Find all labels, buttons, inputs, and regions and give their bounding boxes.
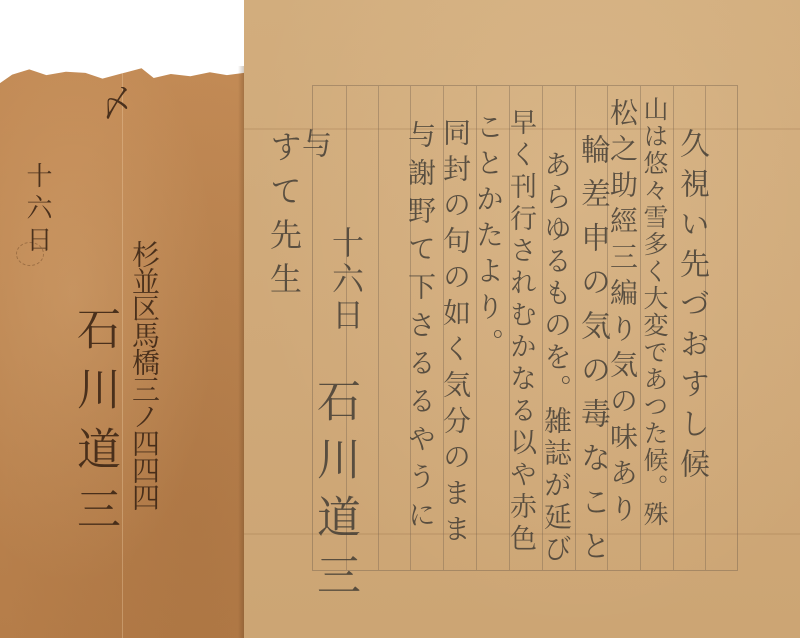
- envelope: 〆 十六日 杉並区馬橋三ノ四四四 石川道三: [0, 66, 244, 638]
- letter-line-4: 輪差申の気の毒なこと: [577, 134, 607, 574]
- letter-line-8: 同封の句の如く気分のまま: [441, 118, 469, 550]
- envelope-fold-line: [122, 66, 123, 638]
- letter-line-2: 山は悠々雪多く大変であつた候。殊: [642, 96, 667, 528]
- letter-line-6: 早く刊行されむかなる以や赤色: [507, 108, 534, 556]
- letter-line-1: 久視い先づおすし候: [676, 128, 706, 488]
- envelope-sender-name: 石川道三: [72, 306, 116, 546]
- letter-signature: 石川道三: [312, 378, 356, 610]
- letter-line-5: あらゆるものを。雑誌が延び: [542, 150, 570, 566]
- letter-line-9: 与謝野て下さるるやうに: [406, 120, 434, 538]
- envelope-closure-mark: 〆: [93, 83, 132, 122]
- letter-date: 十六日: [330, 226, 362, 334]
- envelope-date: 十六日: [24, 162, 50, 258]
- letter-line-3: 松之助經三編り気の味あり: [608, 98, 636, 530]
- letter-line-7: ことかたより。: [474, 112, 502, 364]
- letter-sheet: 久視い先づおすし候 山は悠々雪多く大変であつた候。殊 松之助經三編り気の味あり …: [244, 0, 800, 638]
- letter-addressee: すて先生: [268, 130, 300, 306]
- column-rule: [378, 86, 379, 570]
- envelope-address: 杉並区馬橋三ノ四四四: [130, 240, 158, 510]
